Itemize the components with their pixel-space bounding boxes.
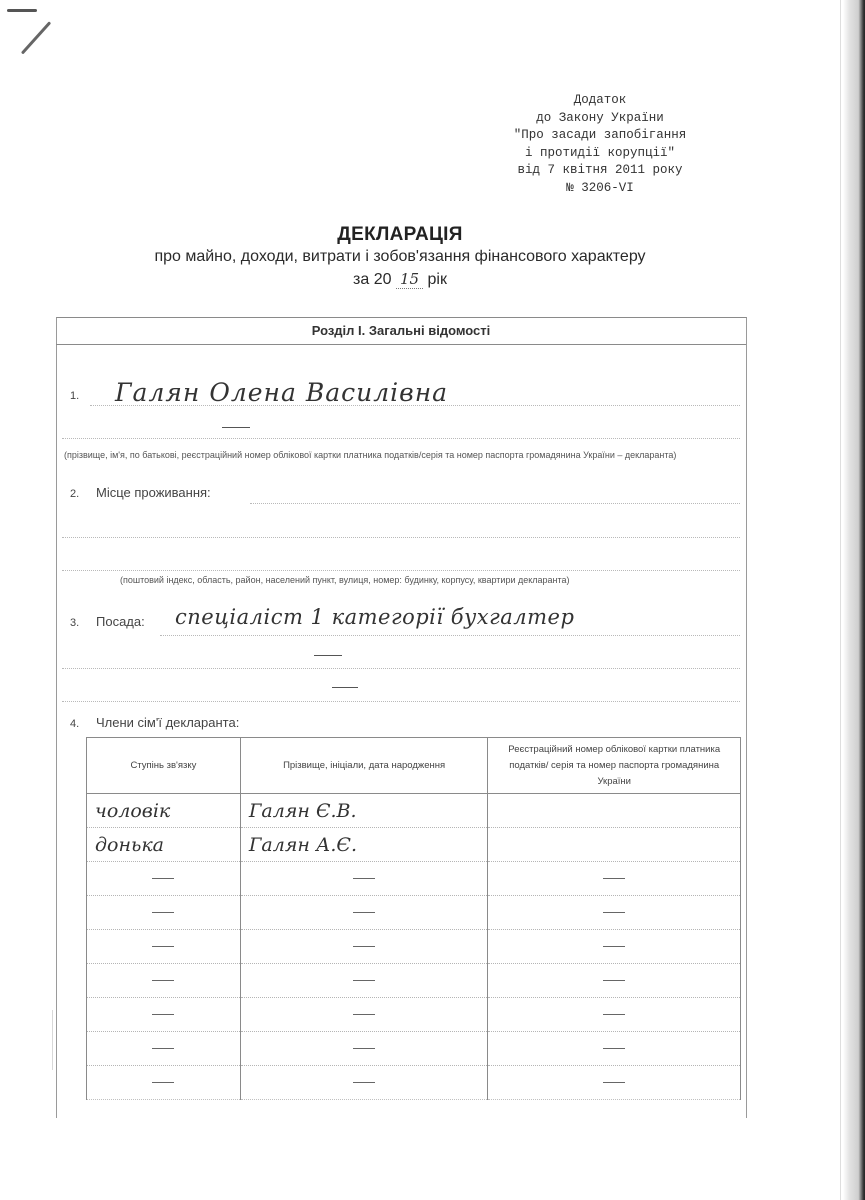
- blank-dash: [152, 946, 174, 947]
- blank-dash: [603, 878, 625, 879]
- table-row: [87, 896, 741, 930]
- page-edge-line: [840, 0, 841, 1200]
- blank-dash: [353, 878, 375, 879]
- blank-dash: [314, 655, 342, 656]
- cell-relation: [87, 1032, 241, 1066]
- address-line-3: [62, 570, 740, 571]
- item-1-number: 1.: [70, 390, 79, 402]
- cell-relation: [87, 964, 241, 998]
- annex-line: і протидії корупції": [470, 145, 730, 163]
- law-annex-note: Додатокдо Закону України"Про засади запо…: [470, 92, 730, 197]
- cell-relation: [87, 1066, 241, 1100]
- cell-relation: [87, 896, 241, 930]
- blank-dash: [353, 1082, 375, 1083]
- cell-tax-passport: [488, 998, 741, 1032]
- blank-dash: [603, 980, 625, 981]
- blank-dash: [152, 1082, 174, 1083]
- declarant-name-handwritten: Галян Олена Василівна: [115, 378, 448, 407]
- cell-tax-passport: [488, 1066, 741, 1100]
- family-table-body: чоловікГалян Є.В.донькаГалян А.Є.: [87, 794, 741, 1100]
- annex-line: № 3206-VI: [470, 180, 730, 198]
- blank-dash: [603, 946, 625, 947]
- blank-dash: [353, 1048, 375, 1049]
- cell-name-birthdate: [240, 1066, 488, 1100]
- cell-tax-passport: [488, 964, 741, 998]
- item-1-caption: (прізвище, ім'я, по батькові, реєстрацій…: [64, 450, 676, 460]
- cell-tax-passport: [488, 862, 741, 896]
- address-line-2: [62, 537, 740, 538]
- cell-name-birthdate: [240, 930, 488, 964]
- cell-relation: донька: [87, 828, 241, 862]
- section-heading: Розділ І. Загальні відомості: [56, 317, 746, 345]
- year-suffix: рік: [428, 271, 447, 288]
- position-line-2: [62, 668, 740, 669]
- column-tax-passport: Реєстраційний номер облікової картки пла…: [488, 738, 741, 794]
- item-3-label: Посада:: [96, 614, 145, 629]
- item-2-label: Місце проживання:: [96, 485, 211, 500]
- cell-name-birthdate: [240, 998, 488, 1032]
- staple-mark: [7, 9, 37, 12]
- cell-tax-passport: [488, 930, 741, 964]
- blank-dash: [353, 912, 375, 913]
- annex-line: від 7 квітня 2011 року: [470, 162, 730, 180]
- table-row: [87, 1066, 741, 1100]
- scan-artifact-line: [52, 1010, 53, 1070]
- blank-dash: [353, 980, 375, 981]
- declaration-year: за 20 15 рік: [0, 270, 800, 289]
- cell-relation: [87, 930, 241, 964]
- column-name-birthdate: Прізвище, ініціали, дата народження: [240, 738, 488, 794]
- table-row: донькаГалян А.Є.: [87, 828, 741, 862]
- blank-dash: [152, 912, 174, 913]
- blank-dash: [603, 912, 625, 913]
- cell-tax-passport: [488, 896, 741, 930]
- cell-name-birthdate: Галян А.Є.: [240, 828, 488, 862]
- blank-dash: [152, 1048, 174, 1049]
- column-relation: Ступінь зв'язку: [87, 738, 241, 794]
- table-row: [87, 964, 741, 998]
- blank-dash: [603, 1048, 625, 1049]
- family-members-table: Ступінь зв'язку Прізвище, ініціали, дата…: [86, 737, 741, 1100]
- cell-name-birthdate: [240, 896, 488, 930]
- blank-dash: [603, 1082, 625, 1083]
- annex-line: до Закону України: [470, 110, 730, 128]
- item-2-caption: (поштовий індекс, область, район, населе…: [120, 575, 570, 585]
- blank-dash: [353, 946, 375, 947]
- annex-line: Додаток: [470, 92, 730, 110]
- name-line-1: [90, 405, 740, 406]
- document-title: ДЕКЛАРАЦІЯ: [0, 224, 800, 246]
- item-4-number: 4.: [70, 718, 79, 730]
- staple-mark-diagonal: [21, 21, 51, 54]
- blank-dash: [222, 427, 250, 428]
- annex-line: "Про засади запобігання: [470, 127, 730, 145]
- document-subtitle: про майно, доходи, витрати і зобов'язанн…: [0, 248, 800, 266]
- blank-dash: [152, 1014, 174, 1015]
- cell-name-birthdate: [240, 1032, 488, 1066]
- cell-tax-passport: [488, 1032, 741, 1066]
- blank-dash: [353, 1014, 375, 1015]
- table-row: [87, 1032, 741, 1066]
- cell-relation: [87, 862, 241, 896]
- table-row: [87, 862, 741, 896]
- scan-edge-shadow: [843, 0, 865, 1200]
- item-4-label: Члени сім'ї декларанта:: [96, 715, 239, 730]
- name-line-2: [62, 438, 740, 439]
- item-2-number: 2.: [70, 488, 79, 500]
- cell-relation: чоловік: [87, 794, 241, 828]
- cell-name-birthdate: [240, 964, 488, 998]
- position-handwritten: спеціаліст 1 категорії бухгалтер: [175, 605, 574, 629]
- cell-name-birthdate: [240, 862, 488, 896]
- cell-tax-passport: [488, 828, 741, 862]
- cell-name-birthdate: Галян Є.В.: [240, 794, 488, 828]
- year-handwritten: 15: [396, 270, 423, 289]
- cell-tax-passport: [488, 794, 741, 828]
- blank-dash: [152, 878, 174, 879]
- table-row: [87, 930, 741, 964]
- address-line-1: [250, 503, 740, 504]
- item-3-number: 3.: [70, 617, 79, 629]
- blank-dash: [332, 687, 358, 688]
- year-prefix: за 20: [353, 271, 391, 288]
- blank-dash: [152, 980, 174, 981]
- blank-dash: [603, 1014, 625, 1015]
- position-line-1: [160, 635, 740, 636]
- position-line-3: [62, 701, 740, 702]
- table-row: чоловікГалян Є.В.: [87, 794, 741, 828]
- cell-relation: [87, 998, 241, 1032]
- table-row: [87, 998, 741, 1032]
